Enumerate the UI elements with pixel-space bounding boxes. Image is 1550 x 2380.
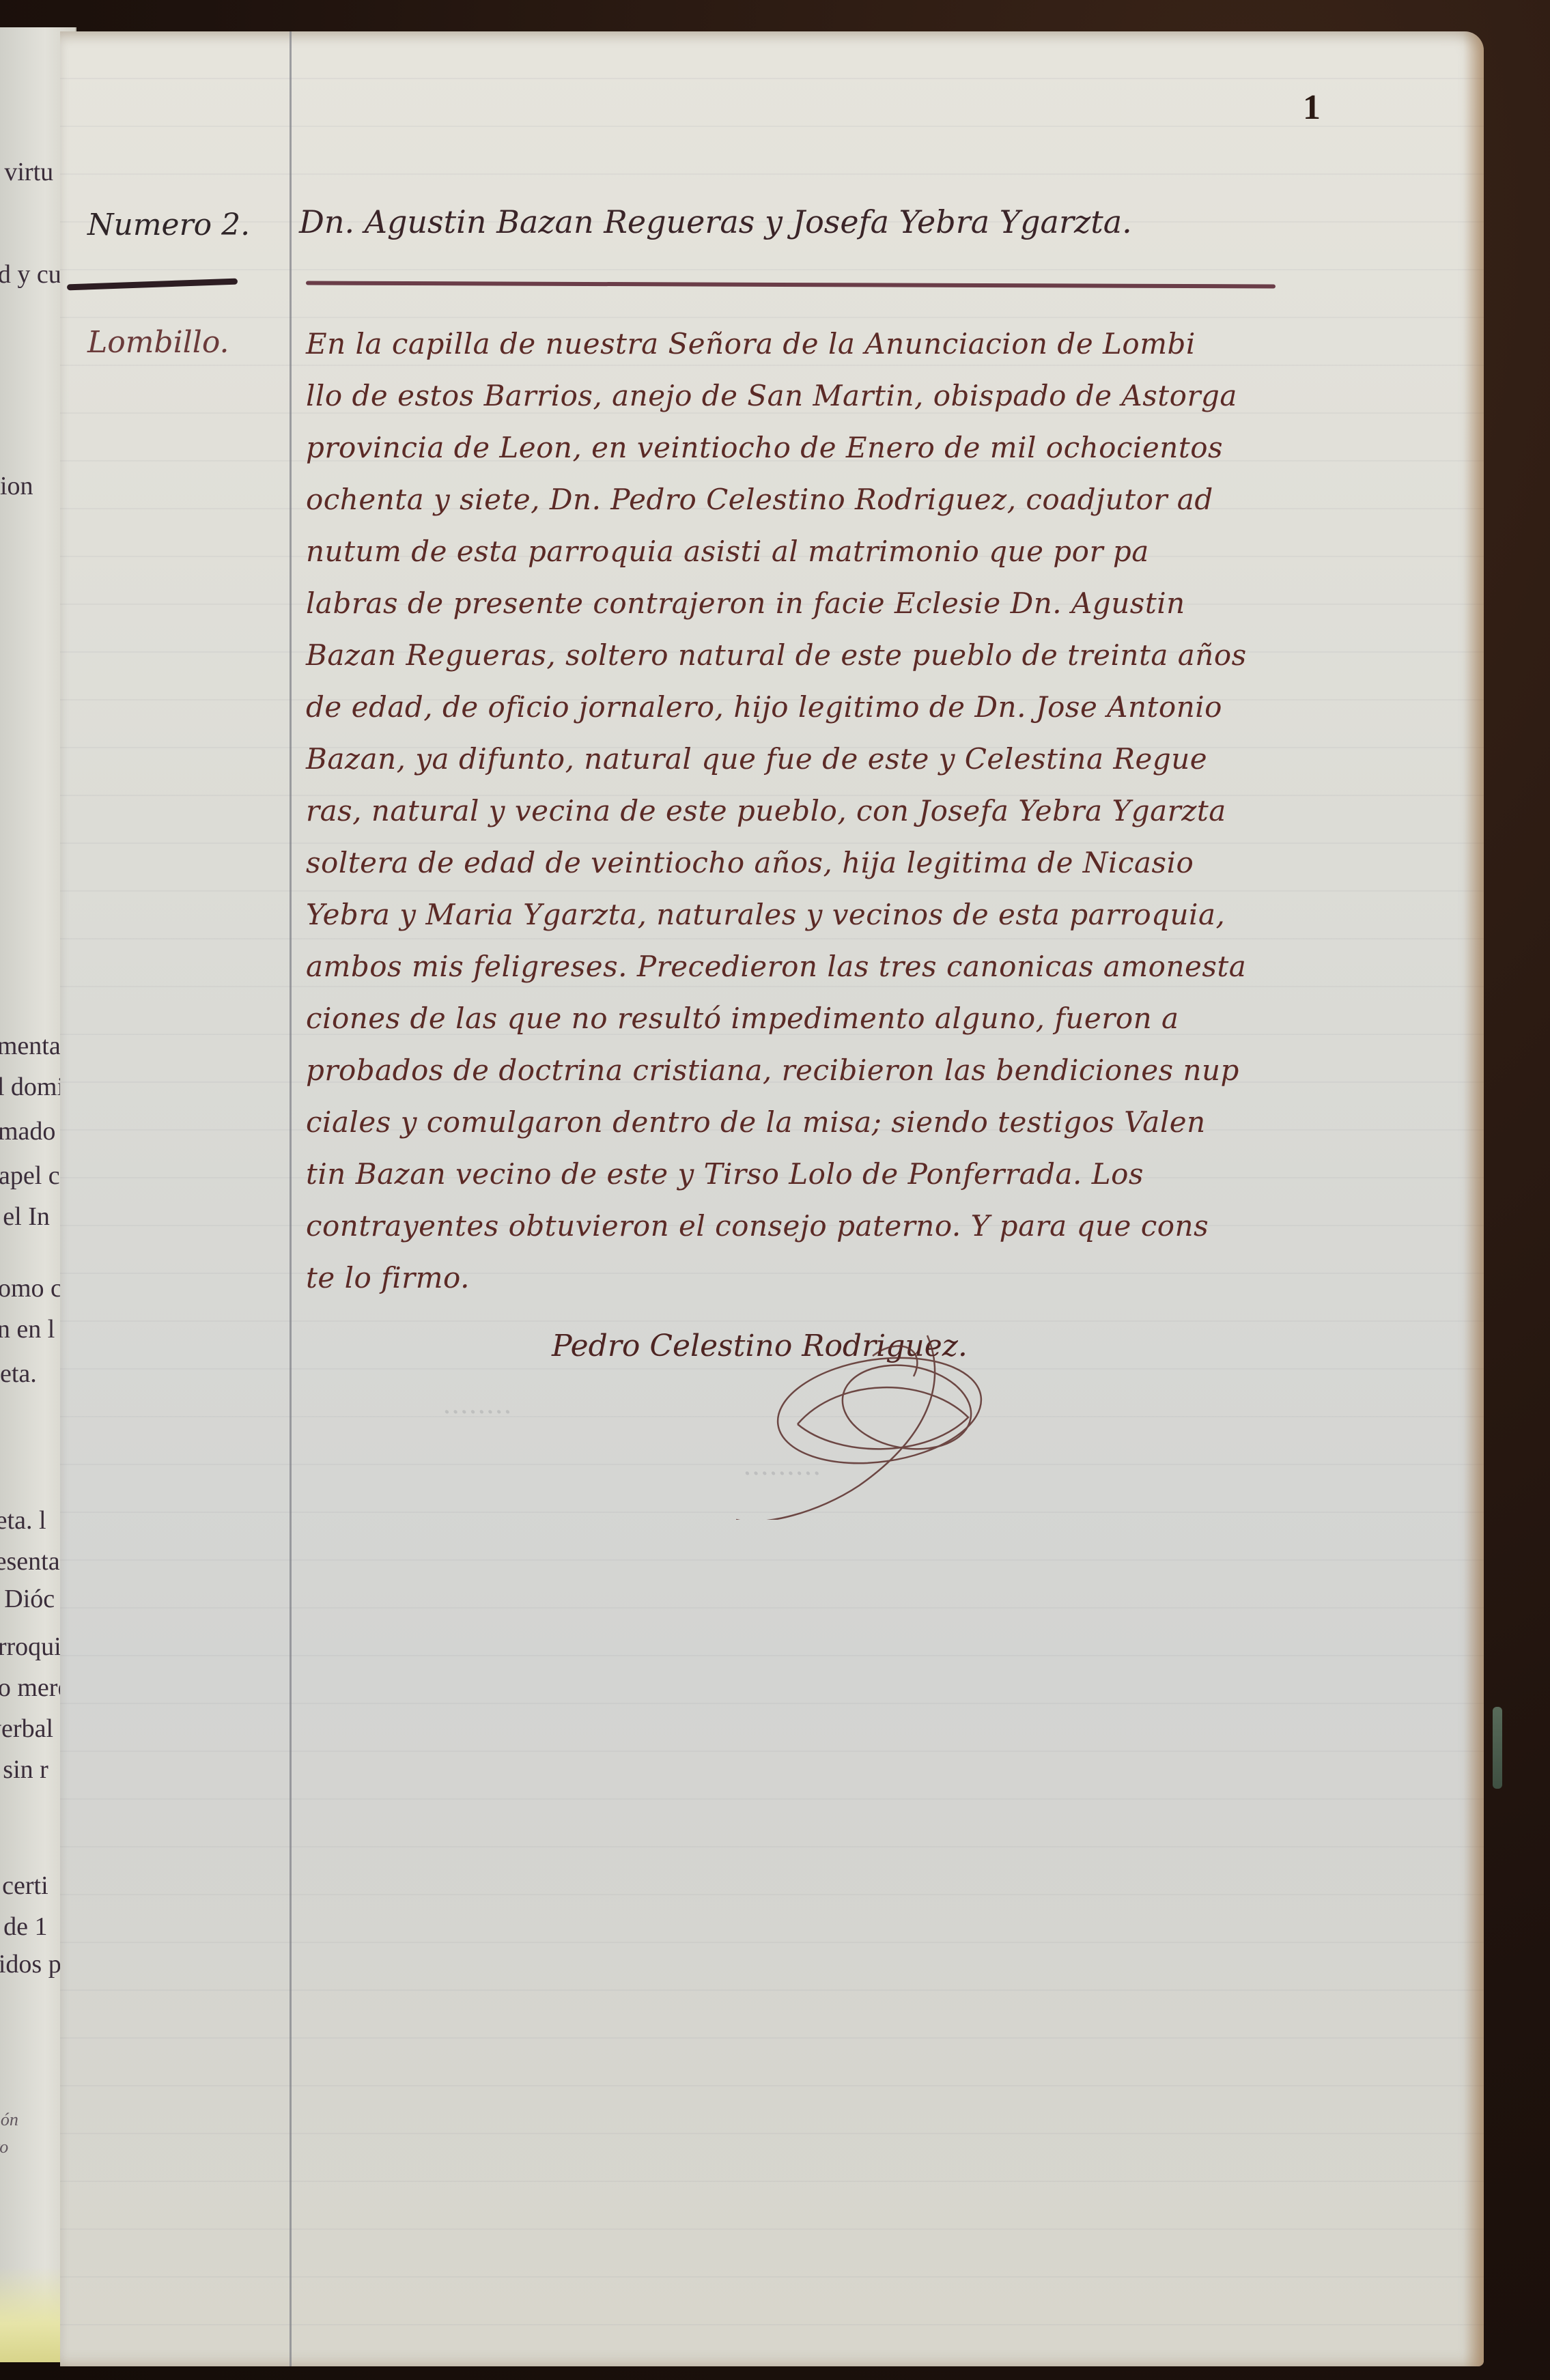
body-line: soltera de edad de veintiocho años, hija…: [306, 837, 1494, 889]
printed-text-fragment: en en l: [0, 1314, 55, 1344]
body-line: ambos mis feligreses. Precedieron las tr…: [306, 941, 1494, 993]
body-line: Bazan Regueras, soltero natural de este …: [306, 629, 1494, 681]
printed-text-fragment: ion: [0, 471, 33, 501]
body-line: llo de estos Barrios, anejo de San Marti…: [306, 370, 1494, 422]
body-line: tin Bazan vecino de este y Tirso Lolo de…: [306, 1148, 1494, 1200]
printed-text-fragment: os el In: [0, 1202, 50, 1232]
printed-text-fragment: a «Colección: [0, 2110, 18, 2130]
record-number-underline: [67, 279, 238, 291]
body-line: ochenta y siete, Dn. Pedro Celestino Rod…: [306, 474, 1494, 526]
printed-text-fragment: el domi: [0, 1072, 64, 1102]
printed-text-fragment: ístico número: [0, 2137, 8, 2157]
page-number: 1: [1303, 87, 1321, 128]
body-line: de edad, de oficio jornalero, hijo legit…: [306, 681, 1494, 733]
printed-text-fragment: dad y cu: [0, 259, 61, 289]
record-title: Dn. Agustin Bazan Regueras y Josefa Yebr…: [299, 203, 1132, 240]
printed-text-fragment: e la Dióc: [0, 1584, 55, 1614]
body-line: probados de doctrina cristiana, recibier…: [306, 1045, 1494, 1096]
printed-text-fragment: amental: [0, 1031, 68, 1061]
body-line: contrayentes obtuvieron el consejo pater…: [306, 1200, 1494, 1252]
printed-text-fragment: parroqui: [0, 1632, 61, 1662]
bleed-through-text: ·········: [743, 1458, 821, 1490]
body-line: En la capilla de nuestra Señora de la An…: [306, 318, 1494, 370]
printed-text-fragment: en virtu: [0, 157, 53, 187]
body-line: nutum de esta parroquia asisti al matrim…: [306, 526, 1494, 578]
printed-text-fragment: os sin r: [0, 1755, 48, 1785]
signature-rubric-flourish: [722, 1329, 1009, 1520]
printed-text-fragment: oco mere: [0, 1673, 69, 1703]
record-number: Numero 2.: [87, 208, 250, 242]
body-line: ciales y comulgaron dentro de la misa; s…: [306, 1096, 1494, 1148]
place-label: Lombillo.: [87, 325, 229, 360]
printed-text-fragment: eta.: [0, 1359, 37, 1389]
body-line: Bazan, ya difunto, natural que fue de es…: [306, 733, 1494, 785]
binding-thread: [1493, 1707, 1502, 1789]
margin-rule: [290, 31, 292, 2366]
ledger-page: 1 Numero 2. Dn. Agustin Bazan Regueras y…: [60, 31, 1484, 2366]
printed-text-fragment: presenta: [0, 1546, 60, 1576]
printed-text-fragment: nas certi: [0, 1871, 48, 1901]
body-line: ras, natural y vecina de este pueblo, co…: [306, 785, 1494, 837]
body-line: ciones de las que no resultó impedimento…: [306, 993, 1494, 1045]
printed-text-fragment: oficio de 1: [0, 1912, 48, 1942]
record-title-underline: [306, 281, 1276, 289]
bleed-through-text: ········: [442, 1397, 512, 1428]
body-line: provincia de Leon, en veintiocho de Ener…: [306, 422, 1494, 474]
record-body: En la capilla de nuestra Señora de la An…: [306, 318, 1494, 1304]
printed-text-fragment: peseta. l: [0, 1505, 46, 1535]
body-line: te lo firmo.: [306, 1252, 1494, 1304]
body-line: Yebra y Maria Ygarzta, naturales y vecin…: [306, 889, 1494, 941]
body-line: labras de presente contrajeron in facie …: [306, 578, 1494, 629]
printed-text-fragment: nto verbal: [0, 1714, 53, 1744]
printed-text-fragment: pedidos p: [0, 1949, 61, 1979]
printed-text-fragment: papel c: [0, 1161, 60, 1191]
